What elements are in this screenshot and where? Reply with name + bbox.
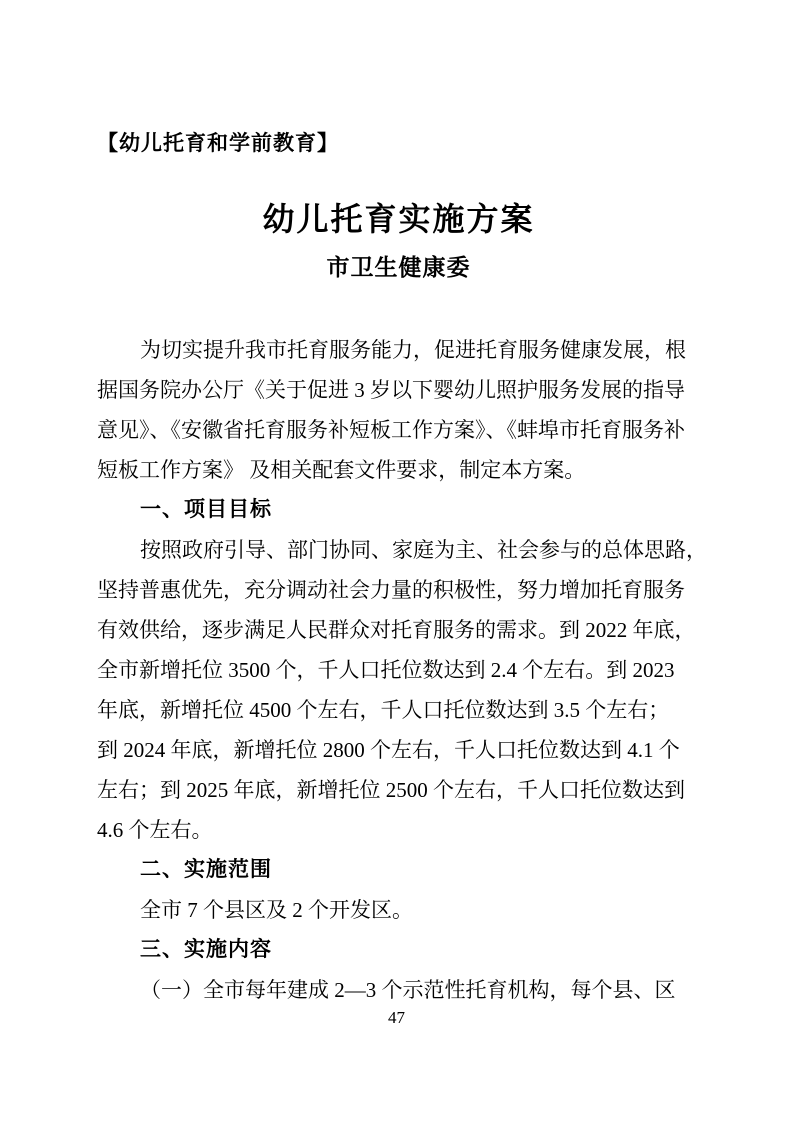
text-line: 短板工作方案》 及相关配套文件要求，制定本方案。 (97, 450, 700, 490)
text-line: 4.6 个左右。 (97, 810, 700, 850)
text-line: 年底，新增托位 4500 个左右，千人口托位数达到 3.5 个左右； (97, 690, 700, 730)
category-header: 【幼儿托育和学前教育】 (97, 131, 700, 157)
document-content: 【幼儿托育和学前教育】 幼儿托育实施方案 市卫生健康委 为切实提升我市托育服务能… (97, 0, 700, 1010)
text-line: 左右；到 2025 年底，新增托位 2500 个左右，千人口托位数达到 (97, 770, 700, 810)
section-heading-2: 二、实施范围 (97, 850, 700, 890)
text-line: （一）全市每年建成 2—3 个示范性托育机构，每个县、区 (97, 970, 700, 1010)
doc-title: 幼儿托育实施方案 (97, 197, 700, 241)
document-page: 【幼儿托育和学前教育】 幼儿托育实施方案 市卫生健康委 为切实提升我市托育服务能… (0, 0, 793, 1122)
text-line: 坚持普惠优先，充分调动社会力量的积极性，努力增加托育服务 (97, 570, 700, 610)
doc-subtitle: 市卫生健康委 (97, 253, 700, 283)
text-line: 有效供给，逐步满足人民群众对托育服务的需求。到 2022 年底， (97, 610, 700, 650)
section-heading-3: 三、实施内容 (97, 930, 700, 970)
text-line: 意见》、《安徽省托育服务补短板工作方案》、《蚌埠市托育服务补 (97, 410, 700, 450)
text-line: 按照政府引导、部门协同、家庭为主、社会参与的总体思路， (97, 530, 700, 570)
text-line: 为切实提升我市托育服务能力，促进托育服务健康发展，根 (97, 330, 700, 370)
text-line: 全市新增托位 3500 个，千人口托位数达到 2.4 个左右。到 2023 (97, 650, 700, 690)
document-body: 为切实提升我市托育服务能力，促进托育服务健康发展，根 据国务院办公厅《关于促进 … (97, 330, 700, 1010)
page-number: 47 (0, 1006, 793, 1030)
text-line: 据国务院办公厅《关于促进 3 岁以下婴幼儿照护服务发展的指导 (97, 370, 700, 410)
section-heading-1: 一、项目目标 (97, 490, 700, 530)
text-line: 到 2024 年底，新增托位 2800 个左右，千人口托位数达到 4.1 个 (97, 730, 700, 770)
text-line: 全市 7 个县区及 2 个开发区。 (97, 890, 700, 930)
